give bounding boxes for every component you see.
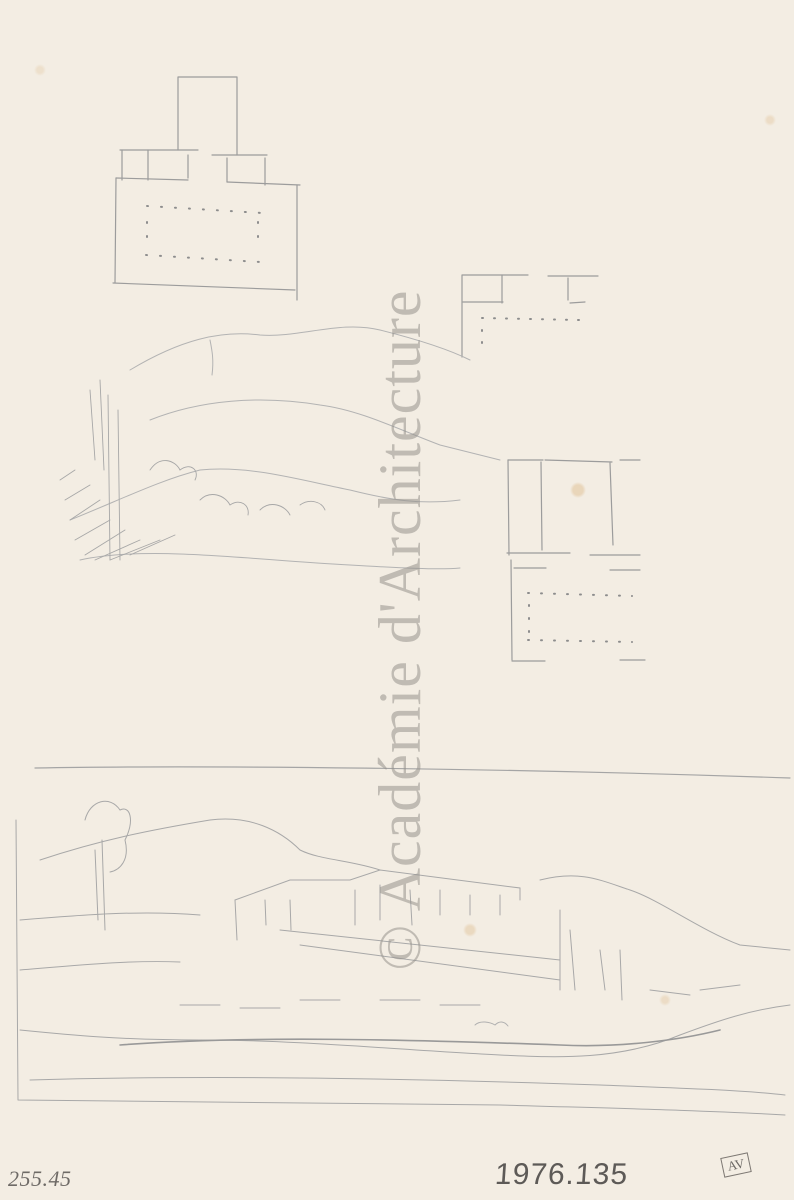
inventory-number-center: 1976.135 [494,1158,630,1192]
inventory-number-left: 255.45 [8,1166,72,1192]
landscape-upper [60,327,500,569]
temple-plan-right [507,460,645,661]
copyright-watermark: © Académie d'Architecture [370,289,430,970]
temple-plan-large [113,77,300,300]
temple-plan-small [462,275,598,357]
